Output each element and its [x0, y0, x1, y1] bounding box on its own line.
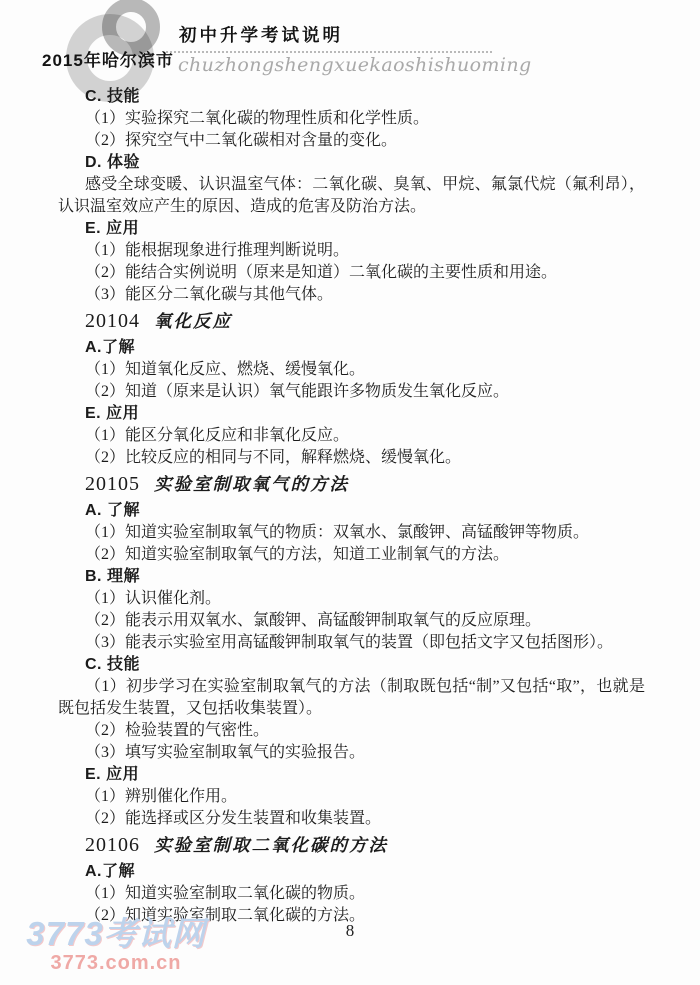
- text-line: （1）能根据现象进行推理判断说明。: [58, 240, 645, 262]
- text-line: （2）探究空气中二氧化碳相对含量的变化。: [58, 130, 645, 152]
- text-line: （2）能结合实例说明（原来是知道）二氧化碳的主要性质和用途。: [58, 262, 645, 284]
- level-label: D. 体验: [58, 152, 645, 174]
- text-line: （2）能表示用双氧水、氯酸钾、高锰酸钾制取氧气的反应原理。: [58, 610, 645, 632]
- text-line: （1）知道实验室制取氧气的物质：双氧水、氯酸钾、高锰酸钾等物质。: [58, 522, 645, 544]
- title-pinyin: chuzhongshengxuekaoshishuoming: [178, 54, 532, 76]
- level-label: A.了解: [58, 861, 645, 883]
- section-heading: 20104氧化反应: [58, 310, 645, 334]
- text-line: （1）辨别催化作用。: [58, 786, 645, 808]
- text-line: （3）能表示实验室用高锰酸钾制取氧气的装置（即包括文字又包括图形）。: [58, 632, 645, 654]
- text-line: 感受全球变暖、认识温室气体：二氧化碳、臭氧、甲烷、氟氯代烷（氟利昂），认识温室效…: [58, 174, 645, 218]
- level-label: E. 应用: [58, 764, 645, 786]
- text-line: （2）能选择或区分发生装置和收集装置。: [58, 808, 645, 830]
- section-title: 氧化反应: [154, 311, 232, 331]
- text-line: （3）填写实验室制取氧气的实验报告。: [58, 742, 645, 764]
- text-line: （1）能区分氧化反应和非氧化反应。: [58, 425, 645, 447]
- level-label: A.了解: [58, 337, 645, 359]
- page-number: 8: [0, 921, 700, 941]
- level-label: E. 应用: [58, 218, 645, 240]
- text-line: （1）初步学习在实验室制取氧气的方法（制取既包括“制”又包括“取”，也就是既包括…: [58, 676, 645, 720]
- section-number: 20104: [85, 310, 140, 332]
- section-title: 实验室制取氧气的方法: [154, 474, 349, 494]
- document-body: C. 技能（1）实验探究二氧化碳的物理性质和化学性质。（2）探究空气中二氧化碳相…: [58, 86, 645, 927]
- text-line: （1）认识催化剂。: [58, 588, 645, 610]
- section-number: 20106: [85, 834, 140, 856]
- level-label: C. 技能: [58, 654, 645, 676]
- section-heading: 20105实验室制取氧气的方法: [58, 473, 645, 497]
- header-divider: [166, 51, 492, 53]
- level-label: E. 应用: [58, 403, 645, 425]
- text-line: （1）实验探究二氧化碳的物理性质和化学性质。: [58, 108, 645, 130]
- level-label: B. 理解: [58, 566, 645, 588]
- level-label: C. 技能: [58, 86, 645, 108]
- section-number: 20105: [85, 473, 140, 495]
- section-heading: 20106实验室制取二氧化碳的方法: [58, 834, 645, 858]
- text-line: （2）知道（原来是认识）氧气能跟许多物质发生氧化反应。: [58, 381, 645, 403]
- page-title: 初中升学考试说明: [179, 22, 343, 47]
- text-line: （2）比较反应的相同与不同，解释燃烧、缓慢氧化。: [58, 447, 645, 469]
- text-line: （1）知道实验室制取二氧化碳的物质。: [58, 883, 645, 905]
- text-line: （2）检验装置的气密性。: [58, 720, 645, 742]
- section-title: 实验室制取二氧化碳的方法: [154, 835, 388, 855]
- text-line: （1）知道氧化反应、燃烧、缓慢氧化。: [58, 359, 645, 381]
- watermark-site-url: 3773.com.cn: [6, 952, 226, 974]
- text-line: （2）知道实验室制取氧气的方法，知道工业制氧气的方法。: [58, 544, 645, 566]
- level-label: A. 了解: [58, 500, 645, 522]
- edition-label: 2015年哈尔滨市: [42, 46, 177, 71]
- text-line: （3）能区分二氧化碳与其他气体。: [58, 284, 645, 306]
